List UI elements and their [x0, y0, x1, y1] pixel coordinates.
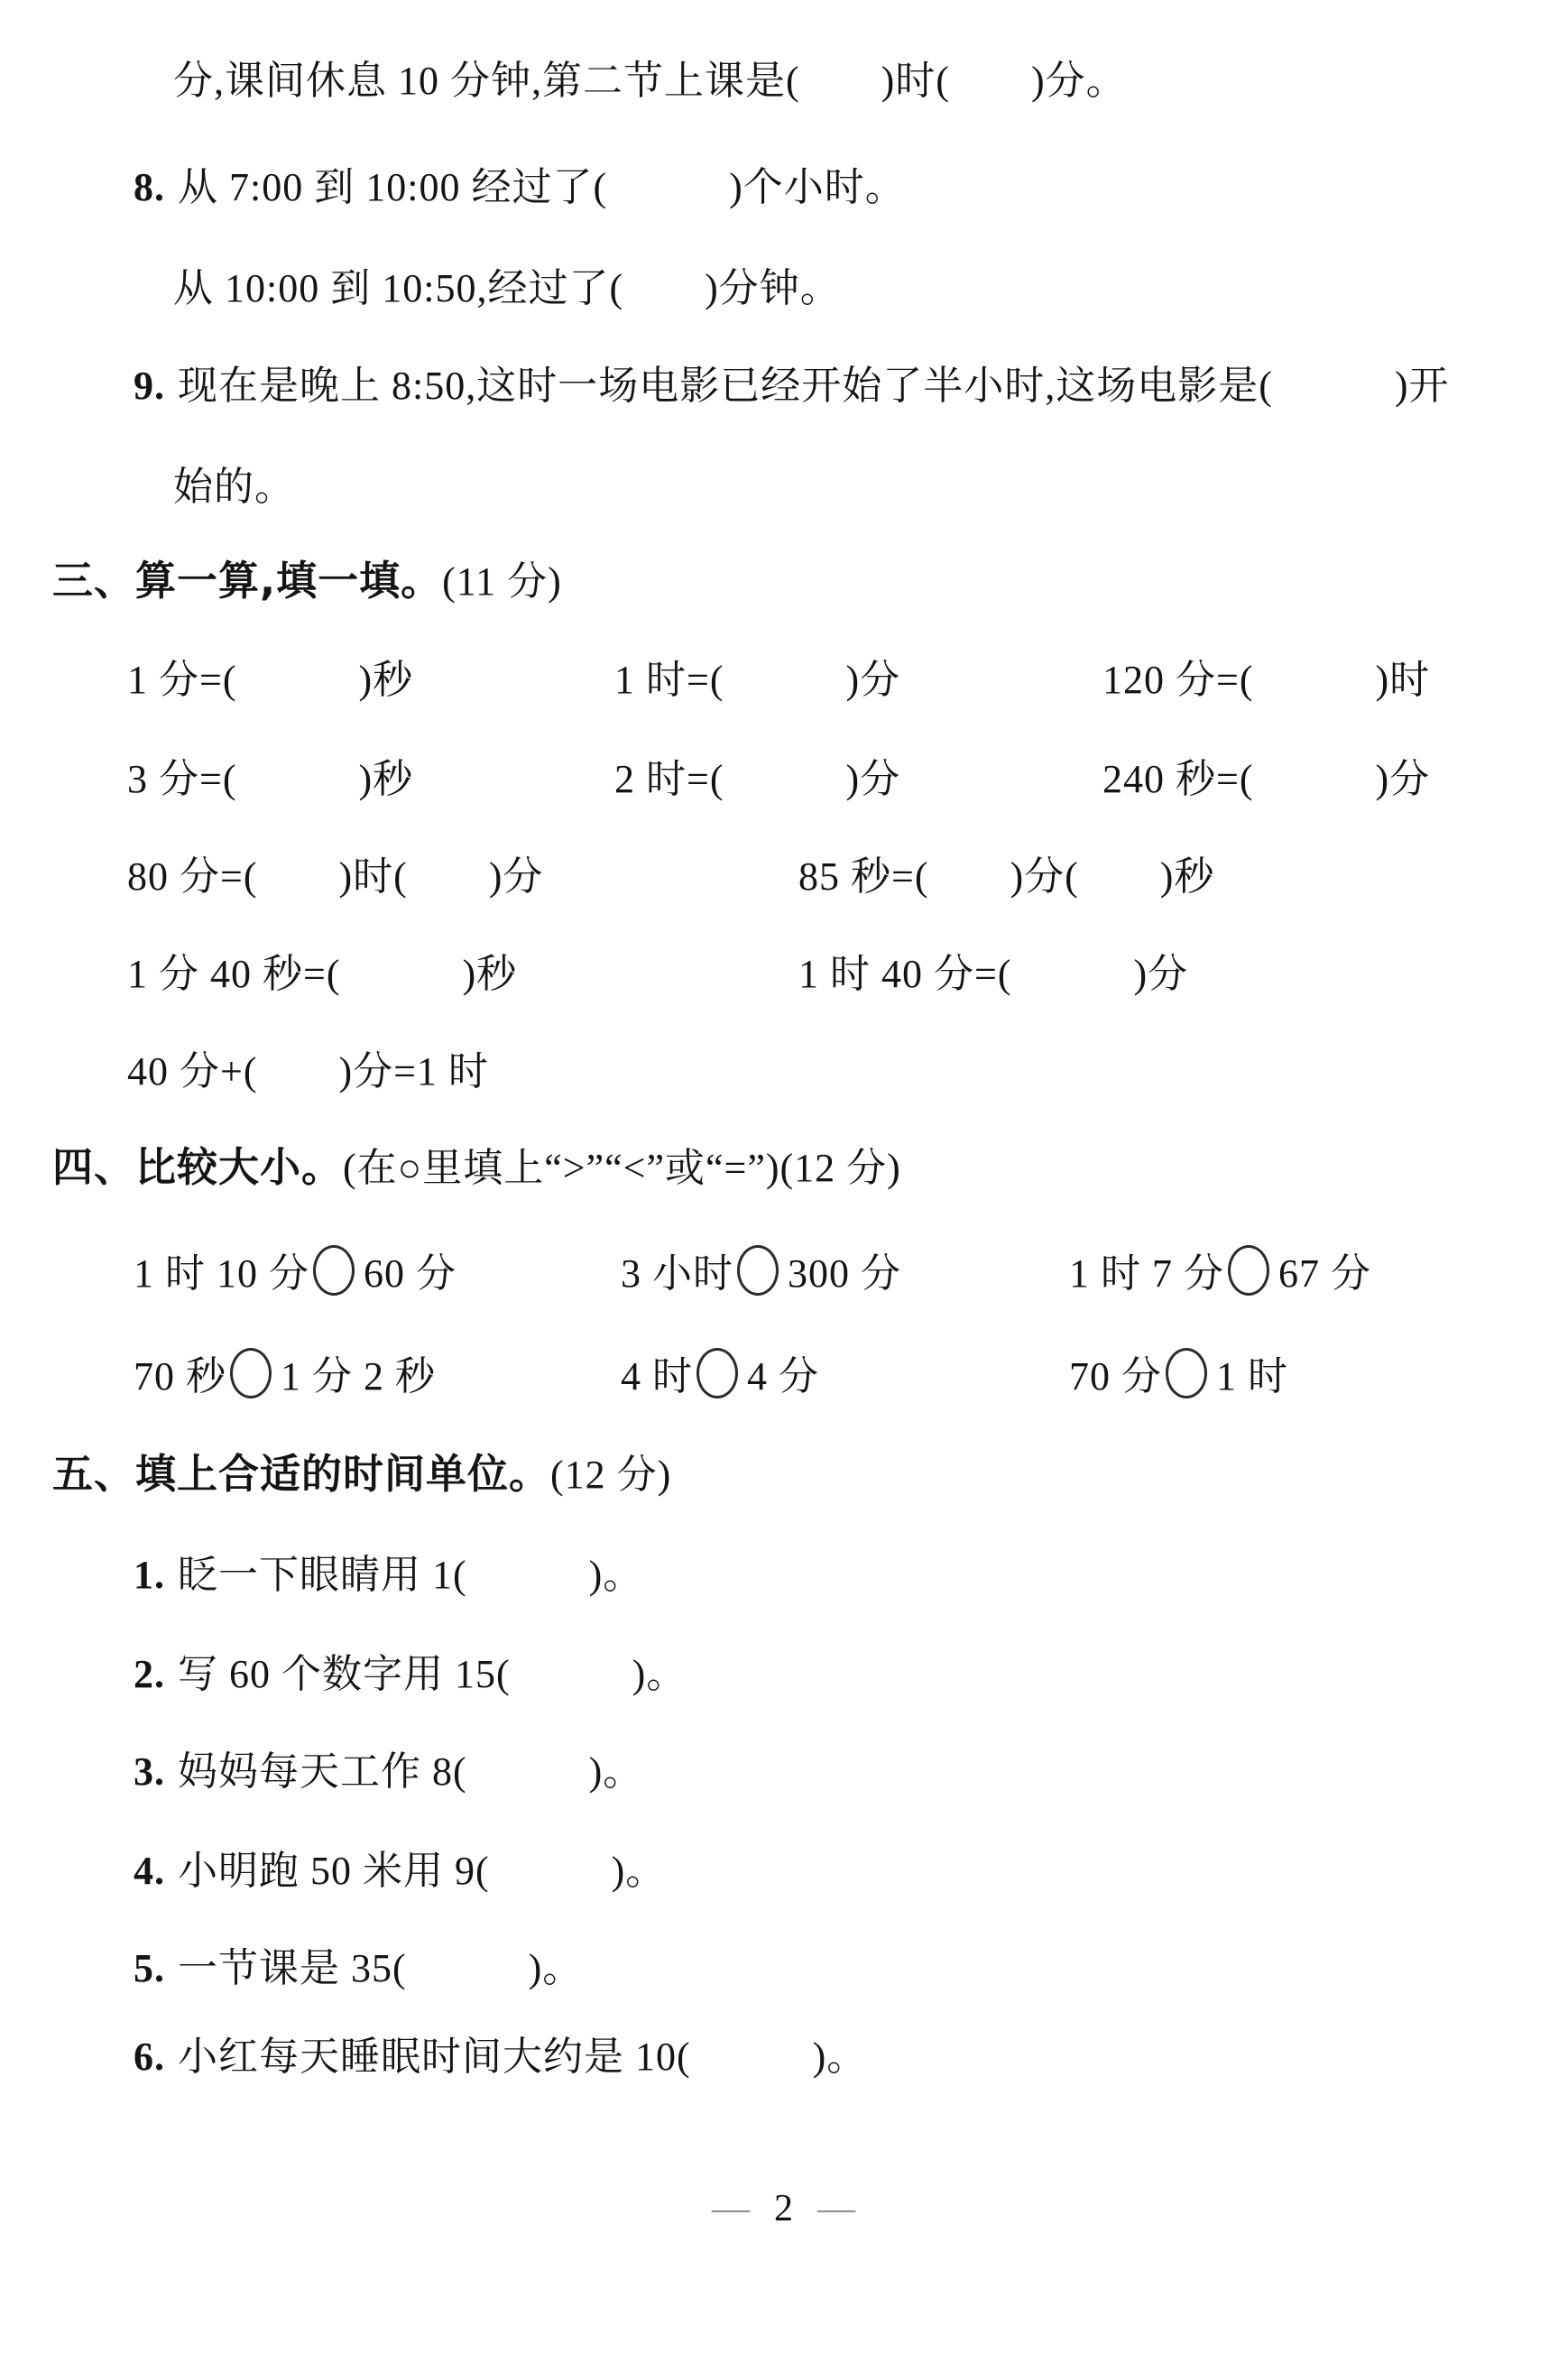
- section-4-header: 四、比较大小。(在○里填上“>”“<”或“=”)(12 分): [52, 1142, 901, 1193]
- conversion-item: 3 分=( )秒: [127, 754, 413, 804]
- time-unit-item: 2.写 60 个数字用 15( )。: [134, 1649, 687, 1699]
- question-8-text: 从 7:00 到 10:00 经过了( )个小时。: [178, 165, 906, 209]
- comparison-left: 3 小时: [621, 1251, 733, 1296]
- conversion-item: 1 时 40 分=( )分: [798, 949, 1188, 999]
- item-text: 小红每天睡眠时间大约是 10( )。: [178, 2035, 867, 2079]
- question-7-continuation: 分,课间休息 10 分钟,第二节上课是( )时( )分。: [173, 56, 1127, 106]
- time-unit-item: 6.小红每天睡眠时间大约是 10( )。: [134, 2032, 867, 2081]
- comparison-right: 300 分: [788, 1251, 901, 1296]
- time-unit-item: 1.眨一下眼睛用 1( )。: [134, 1550, 643, 1600]
- question-9-line-2: 始的。: [173, 462, 295, 512]
- comparison-right: 60 分: [364, 1251, 457, 1296]
- section-5-score: (12 分): [550, 1453, 671, 1497]
- conversion-item: 1 时=( )分: [614, 655, 900, 705]
- section-5-header: 五、填上合适的时间单位。(12 分): [52, 1449, 671, 1500]
- comparison-right: 4 分: [747, 1354, 819, 1398]
- page-footer: —2—: [0, 2187, 1568, 2230]
- item-number: 1.: [134, 1553, 165, 1597]
- item-number: 4.: [134, 1849, 165, 1893]
- question-9-text: 现在是晚上 8:50,这时一场电影已经开始了半小时,这场电影是( )开: [178, 364, 1450, 408]
- item-text: 一节课是 35( )。: [178, 1946, 583, 1990]
- footer-dash-right: —: [817, 2188, 856, 2229]
- comparison-left: 70 秒: [134, 1354, 226, 1398]
- question-8-number: 8.: [134, 165, 165, 209]
- question-8: 8.从 7:00 到 10:00 经过了( )个小时。: [134, 162, 906, 212]
- conversion-item: 120 分=( )时: [1102, 655, 1430, 705]
- comparison-circle: [230, 1348, 272, 1398]
- comparison-right: 67 分: [1278, 1251, 1371, 1296]
- comparison-left: 70 分: [1069, 1354, 1162, 1398]
- comparison-circle: [737, 1245, 779, 1296]
- item-number: 6.: [134, 2035, 165, 2079]
- comparison-right: 1 分 2 秒: [281, 1354, 436, 1398]
- question-9-number: 9.: [134, 364, 165, 408]
- question-9: 9.现在是晚上 8:50,这时一场电影已经开始了半小时,这场电影是( )开: [134, 361, 1450, 411]
- comparison-circle: [1166, 1348, 1207, 1398]
- item-number: 2.: [134, 1652, 165, 1696]
- comparison-right: 1 时: [1216, 1354, 1288, 1398]
- conversion-item: 40 分+( )分=1 时: [127, 1047, 489, 1096]
- item-number: 5.: [134, 1946, 165, 1990]
- conversion-item: 85 秒=( )分( )秒: [798, 852, 1214, 901]
- section-4-instruction: (在○里填上“>”“<”或“=”)(12 分): [343, 1146, 901, 1190]
- comparison-item: 70 分1 时: [1069, 1348, 1288, 1401]
- item-text: 妈妈每天工作 8( )。: [178, 1749, 643, 1794]
- section-3-header: 三、算一算,填一填。(11 分): [52, 556, 562, 606]
- comparison-left: 4 时: [621, 1354, 693, 1398]
- comparison-left: 1 时 7 分: [1069, 1251, 1224, 1296]
- time-unit-item: 3.妈妈每天工作 8( )。: [134, 1747, 643, 1796]
- comparison-item: 1 时 10 分60 分: [134, 1245, 457, 1298]
- comparison-circle: [1228, 1245, 1269, 1296]
- comparison-item: 4 时4 分: [621, 1348, 819, 1401]
- section-5-title: 五、填上合适的时间单位。: [52, 1450, 550, 1498]
- section-3-score: (11 分): [442, 559, 562, 604]
- comparison-left: 1 时 10 分: [134, 1251, 309, 1296]
- comparison-circle: [696, 1348, 738, 1398]
- section-3-title: 三、算一算,填一填。: [52, 557, 442, 605]
- conversion-item: 240 秒=( )分: [1102, 754, 1430, 804]
- footer-dash-left: —: [712, 2188, 751, 2229]
- comparison-circle: [313, 1245, 355, 1296]
- question-8-line-2: 从 10:00 到 10:50,经过了( )分钟。: [173, 263, 841, 313]
- conversion-item: 1 分 40 秒=( )秒: [127, 949, 517, 999]
- section-4-title: 四、比较大小。: [52, 1143, 343, 1191]
- conversion-item: 1 分=( )秒: [127, 655, 413, 705]
- comparison-item: 1 时 7 分67 分: [1069, 1245, 1371, 1298]
- time-unit-item: 5.一节课是 35( )。: [134, 1943, 583, 1993]
- comparison-item: 3 小时300 分: [621, 1245, 901, 1298]
- conversion-item: 2 时=( )分: [614, 754, 900, 804]
- comparison-item: 70 秒1 分 2 秒: [134, 1348, 436, 1401]
- item-number: 3.: [134, 1749, 165, 1794]
- item-text: 眨一下眼睛用 1( )。: [178, 1553, 643, 1597]
- worksheet-page: 分,课间休息 10 分钟,第二节上课是( )时( )分。 8.从 7:00 到 …: [0, 0, 1568, 2372]
- page-number: 2: [774, 2188, 794, 2229]
- time-unit-item: 4.小明跑 50 米用 9( )。: [134, 1846, 666, 1896]
- item-text: 写 60 个数字用 15( )。: [178, 1652, 687, 1696]
- item-text: 小明跑 50 米用 9( )。: [178, 1849, 666, 1893]
- conversion-item: 80 分=( )时( )分: [127, 852, 543, 901]
